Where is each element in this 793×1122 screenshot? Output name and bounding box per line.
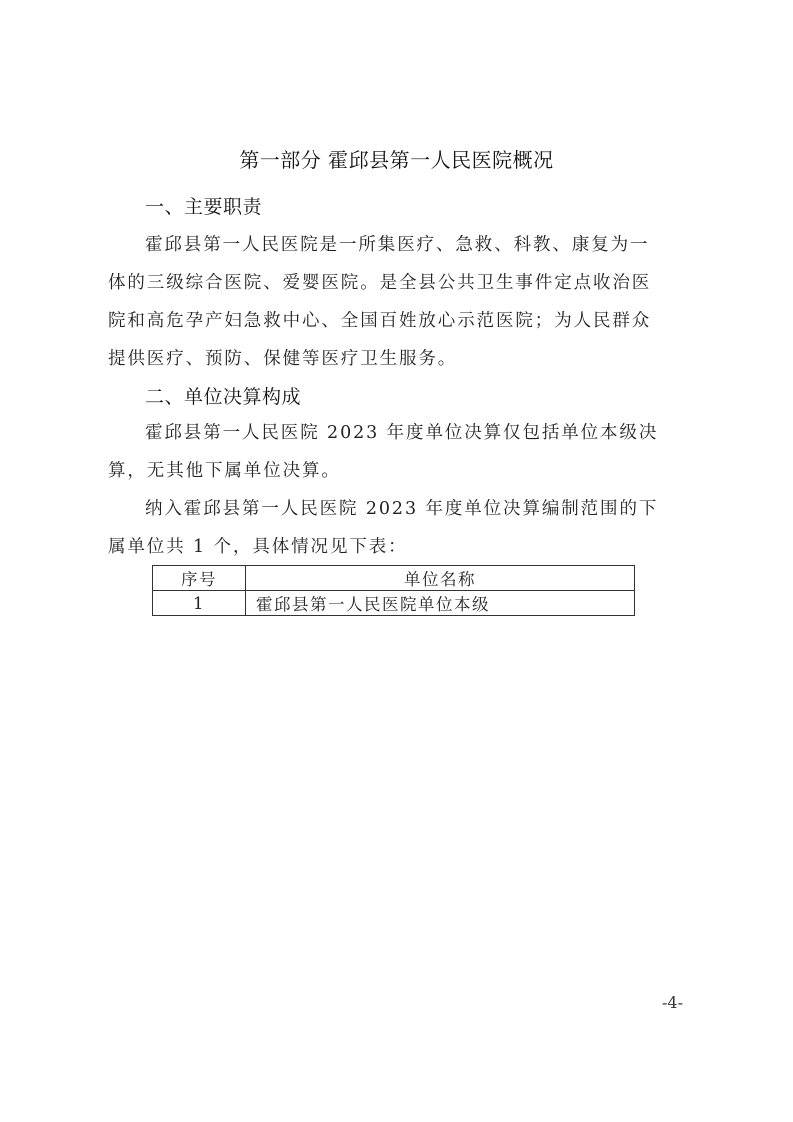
column-header-unit-name: 单位名称 bbox=[246, 566, 635, 591]
document-page: 第一部分 霍邱县第一人民医院概况 一、主要职责 霍邱县第一人民医院是一所集医疗、… bbox=[0, 0, 793, 1122]
paragraph-line: 属单位共 1 个，具体情况见下表： bbox=[108, 528, 688, 566]
cell-serial: 1 bbox=[153, 591, 246, 616]
units-table: 序号 单位名称 1 霍邱县第一人民医院单位本级 bbox=[152, 565, 635, 616]
column-header-serial: 序号 bbox=[153, 566, 246, 591]
paragraph-line: 算，无其他下属单位决算。 bbox=[108, 452, 688, 490]
paragraph-line: 纳入霍邱县第一人民医院 2023 年度单位决算编制范围的下 bbox=[108, 490, 688, 528]
section-heading-budget-composition: 二、单位决算构成 bbox=[145, 382, 301, 409]
budget-composition-paragraph: 霍邱县第一人民医院 2023 年度单位决算仅包括单位本级决 算，无其他下属单位决… bbox=[108, 414, 688, 490]
responsibilities-paragraph: 霍邱县第一人民医院是一所集医疗、急救、科教、康复为一 体的三级综合医院、爱婴医院… bbox=[108, 226, 688, 378]
table-row: 1 霍邱县第一人民医院单位本级 bbox=[153, 591, 635, 616]
paragraph-line: 提供医疗、预防、保健等医疗卫生服务。 bbox=[108, 340, 688, 378]
paragraph-line: 院和高危孕产妇急救中心、全国百姓放心示范医院；为人民群众 bbox=[108, 302, 688, 340]
paragraph-line: 体的三级综合医院、爱婴医院。是全县公共卫生事件定点收治医 bbox=[108, 264, 688, 302]
section-heading-responsibilities: 一、主要职责 bbox=[145, 192, 262, 219]
cell-unit-name: 霍邱县第一人民医院单位本级 bbox=[246, 591, 635, 616]
table-header-row: 序号 单位名称 bbox=[153, 566, 635, 591]
page-number: -4- bbox=[662, 993, 683, 1012]
subordinate-units-paragraph: 纳入霍邱县第一人民医院 2023 年度单位决算编制范围的下 属单位共 1 个，具… bbox=[108, 490, 688, 566]
paragraph-line: 霍邱县第一人民医院 2023 年度单位决算仅包括单位本级决 bbox=[108, 414, 688, 452]
paragraph-line: 霍邱县第一人民医院是一所集医疗、急救、科教、康复为一 bbox=[108, 226, 688, 264]
page-title: 第一部分 霍邱县第一人民医院概况 bbox=[0, 144, 793, 173]
